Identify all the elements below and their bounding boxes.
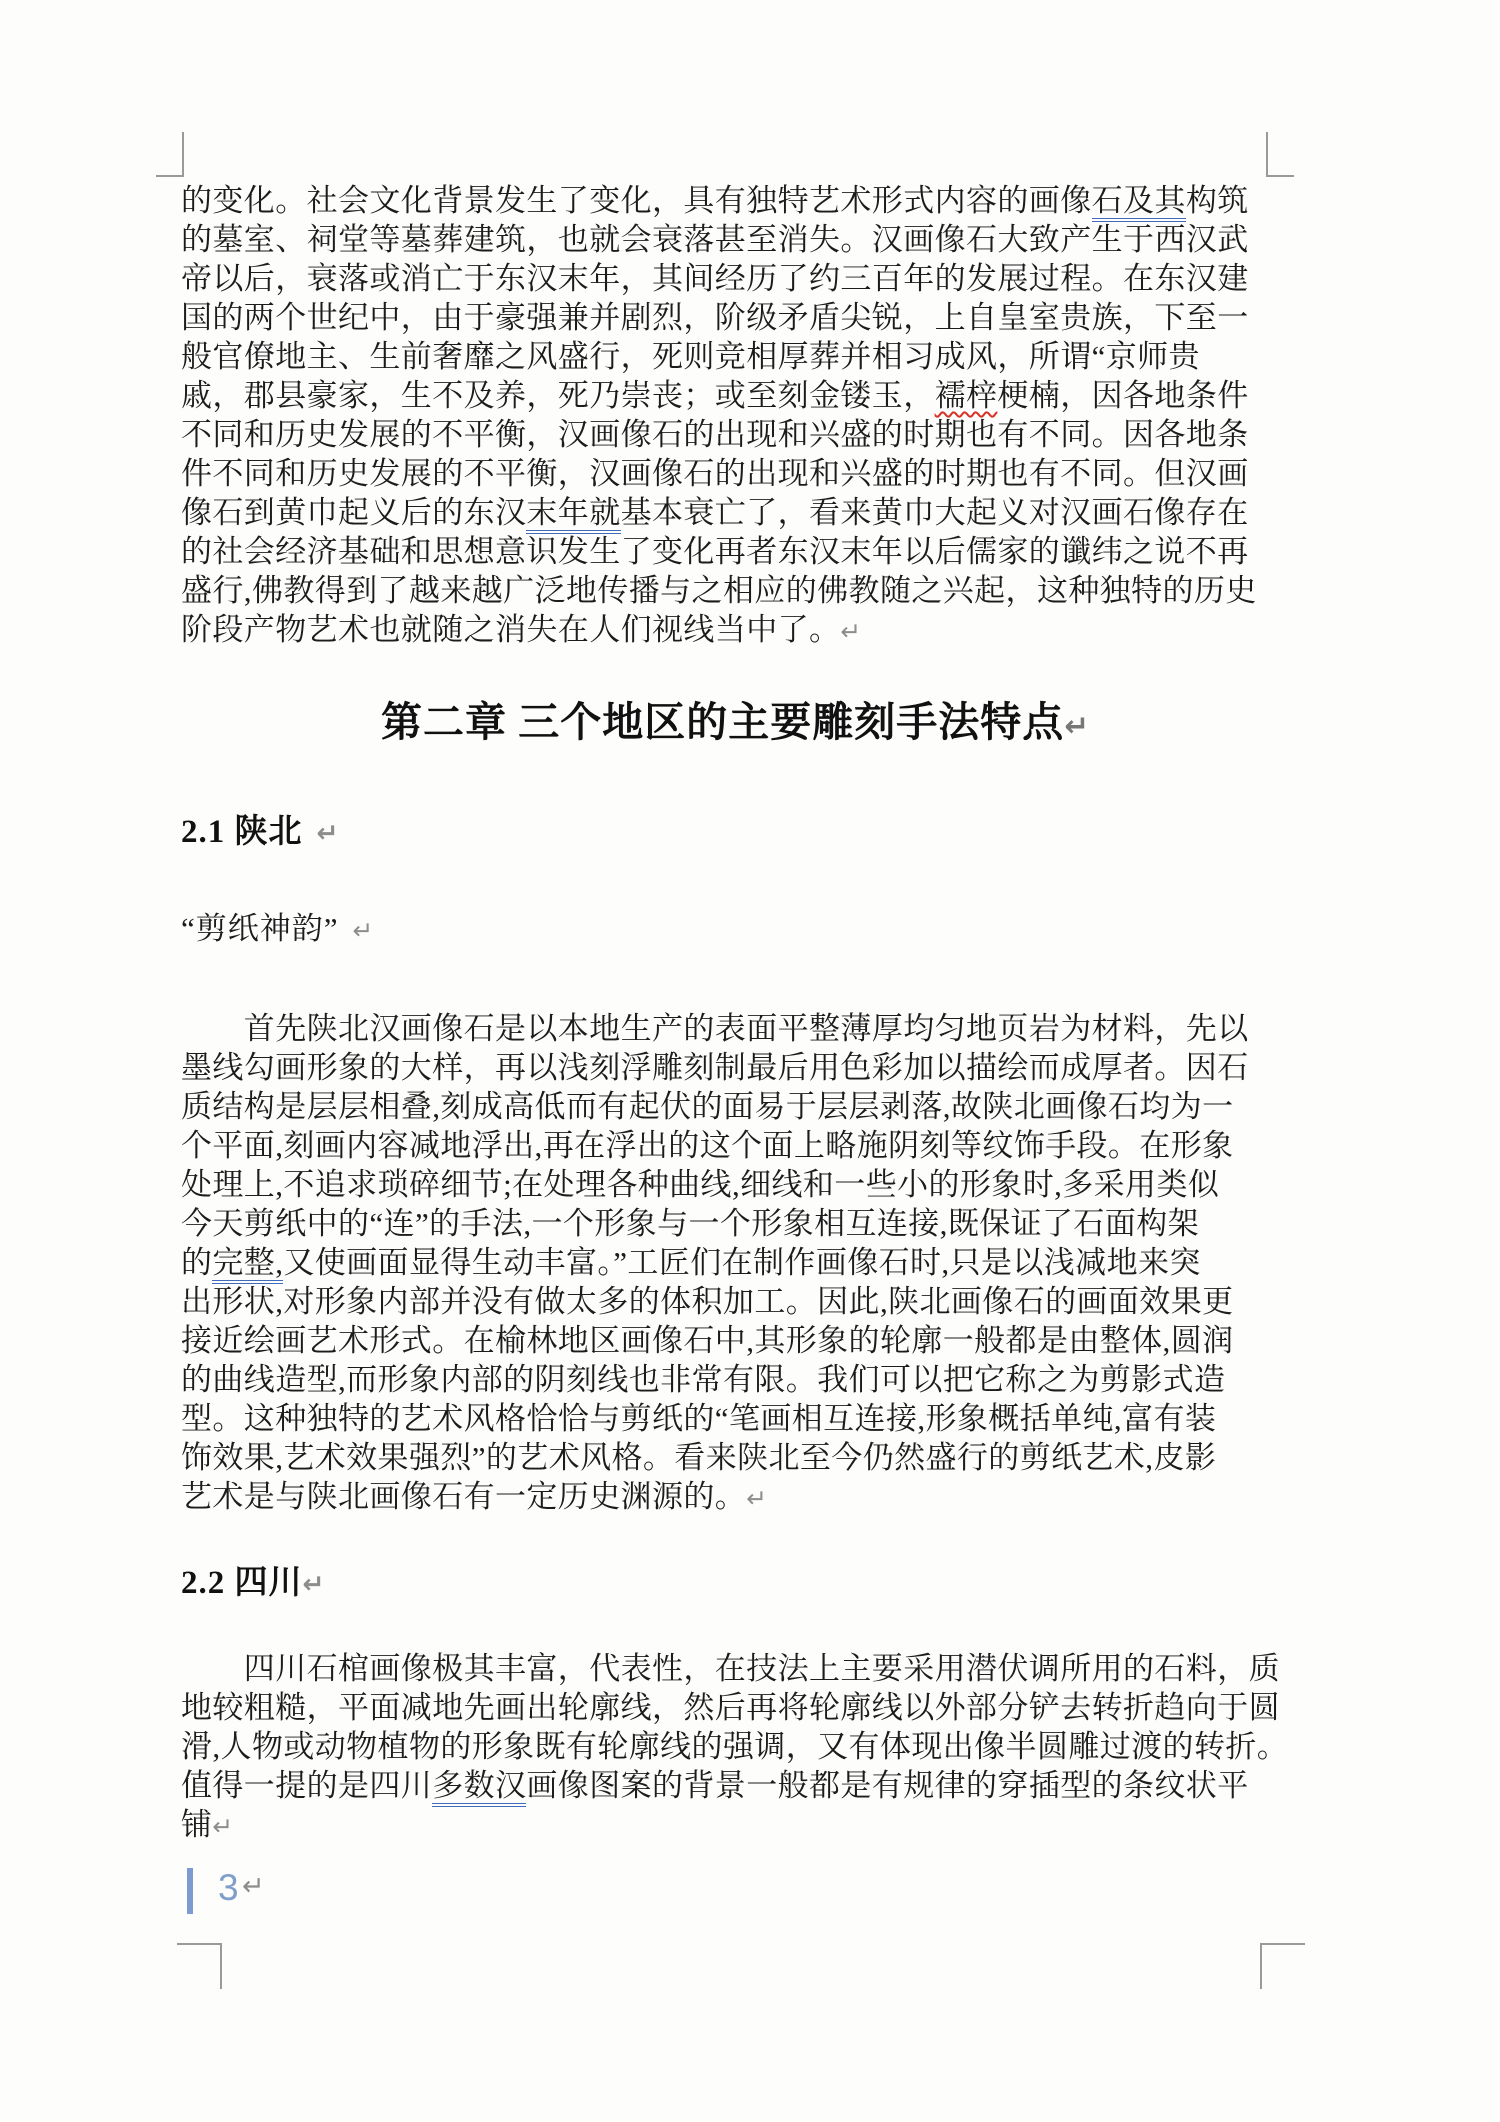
para-sichuan-line-5[interactable]: 铺↵	[181, 1805, 1289, 1846]
text-run: 处理上,不追求琐碎细节;在处理各种曲线,细线和一些小的形象时,多采用类似	[181, 1167, 1219, 1202]
para-overflow-han-stone-history-line-7[interactable]: 不同和历史发展的不平衡，汉画像石的出现和兴盛的时期也有不同。因各地条	[181, 415, 1289, 454]
para-sichuan-line-3[interactable]: 滑,人物或动物植物的形象既有轮廓线的强调，又有体现出像半圆雕过渡的转折。	[181, 1727, 1289, 1766]
spell-check-underlined-text: 襦梓	[935, 378, 998, 413]
text-run: 滑,人物或动物植物的形象既有轮廓线的强调，又有体现出像半圆雕过渡的转折。	[181, 1729, 1288, 1764]
para-overflow-han-stone-history-line-3[interactable]: 帝以后，衰落或消亡于东汉末年，其间经历了约三百年的发展过程。在东汉建	[181, 259, 1289, 298]
para-sichuan[interactable]: 四川石棺画像极其丰富，代表性，在技法上主要采用潜伏调所用的石料，质地较粗糙，平面…	[181, 1649, 1289, 1846]
para-sichuan-line-4[interactable]: 值得一提的是四川多数汉画像图案的背景一般都是有规律的穿插型的条纹状平	[181, 1766, 1289, 1805]
text-run: 地较粗糙，平面减地先画出轮廓线，然后再将轮廓线以外部分铲去转折趋向于圆	[181, 1690, 1280, 1725]
chapter-2-heading[interactable]: 第二章 三个地区的主要雕刻手法特点↵	[181, 693, 1289, 755]
para-overflow-han-stone-history-line-10[interactable]: 的社会经济基础和思想意识发生了变化再者东汉末年以后儒家的谶纬之说不再	[181, 532, 1289, 571]
text-run: 阶段产物艺术也就随之消失在人们视线当中了。	[181, 612, 840, 647]
text-run: 的曲线造型,而形象内部的阴刻线也非常有限。我们可以把它称之为剪影式造	[181, 1362, 1225, 1397]
text-run: 基本衰亡了，看来黄巾大起义对汉画石像存在	[621, 495, 1249, 530]
para-shanbei-line-10[interactable]: 的曲线造型,而形象内部的阴刻线也非常有限。我们可以把它称之为剪影式造	[181, 1360, 1289, 1399]
text-run: 墨线勾画形象的大样，再以浅刻浮雕刻制最后用色彩加以描绘而成厚者。因石	[181, 1050, 1249, 1085]
text-run: 国的两个世纪中，由于豪强兼并剧烈，阶级矛盾尖锐，上自皇室贵族，下至一	[181, 300, 1249, 335]
para-overflow-han-stone-history-line-8[interactable]: 件不同和历史发展的不平衡，汉画像石的出现和兴盛的时期也有不同。但汉画	[181, 454, 1289, 493]
para-shanbei[interactable]: 首先陕北汉画像石是以本地生产的表面平整薄厚均匀地页岩为材料，先以墨线勾画形象的大…	[181, 1009, 1289, 1518]
text-run: 饰效果,艺术效果强烈”的艺术风格。看来陕北至今仍然盛行的剪纸艺术,皮影	[181, 1440, 1216, 1475]
text-run: 接近绘画艺术形式。在榆林地区画像石中,其形象的轮廓一般都是由整体,圆润	[181, 1323, 1234, 1358]
text-run: 戚，郡县豪家，生不及养，死乃崇丧；或至刻金镂玉，	[181, 378, 935, 413]
para-shanbei-line-5[interactable]: 处理上,不追求琐碎细节;在处理各种曲线,细线和一些小的形象时,多采用类似	[181, 1165, 1289, 1204]
text-run: 值得一提的是四川	[181, 1768, 432, 1803]
footer-return-mark: ↵	[242, 1872, 265, 1902]
paragraph-return-mark: ↵	[1064, 709, 1089, 743]
para-overflow-han-stone-history-line-2[interactable]: 的墓室、祠堂等墓葬建筑，也就会衰落甚至消失。汉画像石大致产生于西汉武	[181, 220, 1289, 259]
para-sichuan-line-2[interactable]: 地较粗糙，平面减地先画出轮廓线，然后再将轮廓线以外部分铲去转折趋向于圆	[181, 1688, 1289, 1727]
page-number[interactable]: 3	[218, 1868, 239, 1908]
section-2-1-heading[interactable]: 2.1 陕北↵	[181, 806, 1289, 860]
margin-crop-mark-bottom-left	[177, 1943, 222, 1989]
chapter-2-heading-text: 第二章 三个地区的主要雕刻手法特点	[381, 699, 1064, 745]
section-2-2-heading[interactable]: 2.2 四川↵	[181, 1557, 1289, 1611]
text-run: 又使画面显得生动丰富。”工匠们在制作画像石时,只是以浅减地来突	[283, 1245, 1200, 1280]
subtitle-papercut-spirit[interactable]: “剪纸神韵”↵	[181, 905, 1289, 955]
text-run: 的变化。社会文化背景发生了变化，具有独特艺术形式内容的画像	[181, 183, 1092, 218]
para-overflow-han-stone-history-line-9[interactable]: 像石到黄巾起义后的东汉末年就基本衰亡了，看来黄巾大起义对汉画石像存在	[181, 493, 1289, 532]
document-page: 的变化。社会文化背景发生了变化，具有独特艺术形式内容的画像石及其构筑的墓室、祠堂…	[0, 0, 1500, 2122]
para-shanbei-line-13[interactable]: 艺术是与陕北画像石有一定历史渊源的。↵	[181, 1477, 1289, 1518]
text-run: 像石到黄巾起义后的东汉	[181, 495, 526, 530]
subtitle-papercut-spirit-text: “剪纸神韵”	[181, 911, 339, 946]
paragraph-return-mark: ↵	[840, 617, 861, 646]
section-2-1-heading-text: 2.1 陕北	[181, 814, 303, 850]
paragraph-return-mark: ↵	[746, 1484, 767, 1513]
margin-crop-mark-bottom-right	[1260, 1943, 1305, 1989]
text-run: 艺术是与陕北画像石有一定历史渊源的。	[181, 1479, 746, 1514]
text-run: 梗楠，因各地条件	[997, 378, 1248, 413]
text-run: 的	[181, 1245, 212, 1280]
para-overflow-han-stone-history-line-12[interactable]: 阶段产物艺术也就随之消失在人们视线当中了。↵	[181, 610, 1289, 651]
para-shanbei-line-1[interactable]: 首先陕北汉画像石是以本地生产的表面平整薄厚均匀地页岩为材料，先以	[181, 1009, 1289, 1048]
text-run: 的社会经济基础和思想意识发生了变化再者东汉末年以后儒家的谶纬之说不再	[181, 534, 1249, 569]
section-2-2-heading-text: 2.2 四川	[181, 1565, 303, 1601]
text-run: 铺	[181, 1807, 212, 1842]
para-shanbei-line-12[interactable]: 饰效果,艺术效果强烈”的艺术风格。看来陕北至今仍然盛行的剪纸艺术,皮影	[181, 1438, 1289, 1477]
grammar-check-underlined-text: 末年就	[526, 495, 620, 534]
text-run: 质结构是层层相叠,刻成高低而有起伏的面易于层层剥落,故陕北画像石均为一	[181, 1089, 1234, 1124]
para-shanbei-line-2[interactable]: 墨线勾画形象的大样，再以浅刻浮雕刻制最后用色彩加以描绘而成厚者。因石	[181, 1048, 1289, 1087]
margin-crop-mark-top-left	[156, 132, 184, 177]
text-run: 出形状,对形象内部并没有做太多的体积加工。因此,陕北画像石的画面效果更	[181, 1284, 1234, 1319]
paragraph-return-mark: ↵	[303, 1569, 325, 1600]
text-column: 的变化。社会文化背景发生了变化，具有独特艺术形式内容的画像石及其构筑的墓室、祠堂…	[181, 181, 1289, 1846]
text-run: 的墓室、祠堂等墓葬建筑，也就会衰落甚至消失。汉画像石大致产生于西汉武	[181, 222, 1249, 257]
text-run: 首先陕北汉画像石是以本地生产的表面平整薄厚均匀地页岩为材料，先以	[181, 1011, 1249, 1046]
text-run: 不同和历史发展的不平衡，汉画像石的出现和兴盛的时期也有不同。因各地条	[181, 417, 1249, 452]
para-overflow-han-stone-history-line-5[interactable]: 般官僚地主、生前奢靡之风盛行，死则竞相厚葬并相习成风，所谓“京师贵	[181, 337, 1289, 376]
para-shanbei-line-9[interactable]: 接近绘画艺术形式。在榆林地区画像石中,其形象的轮廓一般都是由整体,圆润	[181, 1321, 1289, 1360]
para-sichuan-line-1[interactable]: 四川石棺画像极其丰富，代表性，在技法上主要采用潜伏调所用的石料，质	[181, 1649, 1289, 1688]
text-run: 盛行,佛教得到了越来越广泛地传播与之相应的佛教随之兴起，这种独特的历史	[181, 573, 1257, 608]
para-shanbei-line-11[interactable]: 型。这种独特的艺术风格恰恰与剪纸的“笔画相互连接,形象概括单纯,富有装	[181, 1399, 1289, 1438]
para-overflow-han-stone-history-line-11[interactable]: 盛行,佛教得到了越来越广泛地传播与之相应的佛教随之兴起，这种独特的历史	[181, 571, 1289, 610]
text-run: 构筑	[1186, 183, 1249, 218]
para-shanbei-line-3[interactable]: 质结构是层层相叠,刻成高低而有起伏的面易于层层剥落,故陕北画像石均为一	[181, 1087, 1289, 1126]
grammar-check-underlined-text: 石及其	[1092, 183, 1186, 222]
para-shanbei-line-7[interactable]: 的完整,又使画面显得生动丰富。”工匠们在制作画像石时,只是以浅减地来突	[181, 1243, 1289, 1282]
text-run: 件不同和历史发展的不平衡，汉画像石的出现和兴盛的时期也有不同。但汉画	[181, 456, 1249, 491]
para-overflow-han-stone-history-line-1[interactable]: 的变化。社会文化背景发生了变化，具有独特艺术形式内容的画像石及其构筑	[181, 181, 1289, 220]
text-run: 四川石棺画像极其丰富，代表性，在技法上主要采用潜伏调所用的石料，质	[181, 1651, 1280, 1686]
text-run: 画像图案的背景一般都是有规律的穿插型的条纹状平	[526, 1768, 1248, 1803]
text-run: 般官僚地主、生前奢靡之风盛行，死则竞相厚葬并相习成风，所谓“京师贵	[181, 339, 1200, 374]
para-overflow-han-stone-history-line-6[interactable]: 戚，郡县豪家，生不及养，死乃崇丧；或至刻金镂玉，襦梓梗楠，因各地条件	[181, 376, 1289, 415]
grammar-check-underlined-text: 完整,	[212, 1245, 283, 1284]
grammar-check-underlined-text: 多数汉	[432, 1768, 526, 1807]
paragraph-return-mark: ↵	[212, 1812, 233, 1841]
margin-crop-mark-top-right	[1266, 132, 1294, 177]
text-run: 型。这种独特的艺术风格恰恰与剪纸的“笔画相互连接,形象概括单纯,富有装	[181, 1401, 1216, 1436]
footer-change-bar	[187, 1868, 193, 1914]
text-run: 帝以后，衰落或消亡于东汉末年，其间经历了约三百年的发展过程。在东汉建	[181, 261, 1249, 296]
para-shanbei-line-4[interactable]: 个平面,刻画内容减地浮出,再在浮出的这个面上略施阴刻等纹饰手段。在形象	[181, 1126, 1289, 1165]
para-shanbei-line-8[interactable]: 出形状,对形象内部并没有做太多的体积加工。因此,陕北画像石的画面效果更	[181, 1282, 1289, 1321]
para-overflow-han-stone-history-line-4[interactable]: 国的两个世纪中，由于豪强兼并剧烈，阶级矛盾尖锐，上自皇室贵族，下至一	[181, 298, 1289, 337]
paragraph-return-mark: ↵	[353, 916, 374, 945]
text-run: 个平面,刻画内容减地浮出,再在浮出的这个面上略施阴刻等纹饰手段。在形象	[181, 1128, 1234, 1163]
para-shanbei-line-6[interactable]: 今天剪纸中的“连”的手法,一个形象与一个形象相互连接,既保证了石面构架	[181, 1204, 1289, 1243]
text-run: 今天剪纸中的“连”的手法,一个形象与一个形象相互连接,既保证了石面构架	[181, 1206, 1199, 1241]
para-overflow-han-stone-history[interactable]: 的变化。社会文化背景发生了变化，具有独特艺术形式内容的画像石及其构筑的墓室、祠堂…	[181, 181, 1289, 651]
paragraph-return-mark: ↵	[317, 818, 339, 849]
